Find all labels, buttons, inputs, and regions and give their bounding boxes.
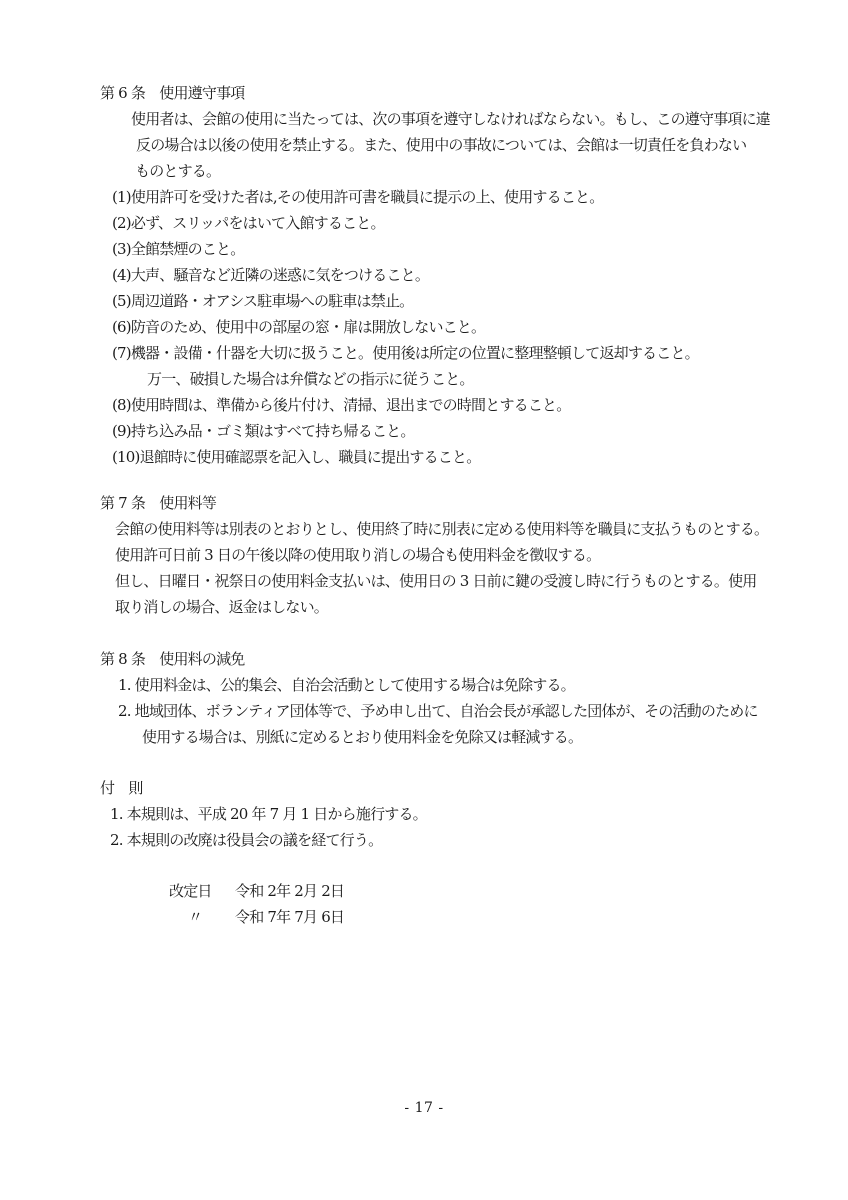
section-revision-dates: 改定日 令和 2年 2月 2日 〃 令和 7年 7月 6日: [100, 878, 780, 930]
section-article-7: 第 7 条 使用料等 会館の使用料等は別表のとおりとし、使用終了時に別表に定める…: [100, 490, 780, 620]
article-6-heading: 第 6 条 使用遵守事項: [100, 80, 780, 106]
list-item: 2. 地域団体、ボランティア団体等で、予め申し出て、自治会長が承認した団体が、そ…: [118, 698, 780, 724]
section-article-6: 第 6 条 使用遵守事項 使用者は、会館の使用に当たっては、次の事項を遵守しなけ…: [100, 80, 780, 470]
list-item: (8)使用時間は、準備から後片付け、清掃、退出までの時間とすること。: [112, 392, 780, 418]
revision-row: 改定日 令和 2年 2月 2日: [169, 878, 780, 904]
list-item: (10)退館時に使用確認票を記入し、職員に提出すること。: [112, 444, 780, 470]
list-item: 2. 本規則の改廃は役員会の議を経て行う。: [110, 827, 780, 853]
list-item: (2)必ず、スリッパをはいて入館すること。: [112, 210, 780, 236]
section-article-8: 第 8 条 使用料の減免 1. 使用料金は、公的集会、自治会活動として使用する場…: [100, 646, 780, 750]
list-item-note: 万一、破損した場合は弁償などの指示に従うこと。: [147, 366, 780, 392]
text-line: 但し、日曜日・祝祭日の使用料金支払いは、使用日の 3 日前に鍵の受渡し時に行うも…: [115, 568, 780, 594]
supplementary-heading: 付 則: [100, 775, 780, 801]
text-line: 反の場合は以後の使用を禁止する。また、使用中の事故については、会館は一切責任を負…: [136, 132, 780, 158]
revision-date: 令和 7年 7月 6日: [235, 904, 344, 930]
article-7-heading: 第 7 条 使用料等: [100, 490, 780, 516]
revision-label: 改定日: [169, 878, 235, 904]
section-supplementary-provisions: 付 則 1. 本規則は、平成 20 年 7 月 1 日から施行する。 2. 本規…: [100, 775, 780, 853]
document-page: 第 6 条 使用遵守事項 使用者は、会館の使用に当たっては、次の事項を遵守しなけ…: [0, 0, 848, 1200]
ditto-mark: 〃: [169, 904, 235, 930]
list-item: (6)防音のため、使用中の部屋の窓・扉は開放しないこと。: [112, 314, 780, 340]
text-line: ものとする。: [135, 158, 780, 184]
list-item: 1. 本規則は、平成 20 年 7 月 1 日から施行する。: [110, 801, 780, 827]
text-line: 会館の使用料等は別表のとおりとし、使用終了時に別表に定める使用料等を職員に支払う…: [115, 516, 780, 542]
list-item-continuation: 使用する場合は、別紙に定めるとおり使用料金を免除又は軽減する。: [142, 724, 780, 750]
text-line: 使用者は、会館の使用に当たっては、次の事項を遵守しなければならない。もし、この遵…: [131, 106, 780, 132]
list-item: (5)周辺道路・オアシス駐車場への駐車は禁止。: [112, 288, 780, 314]
text-line: 使用許可日前 3 日の午後以降の使用取り消しの場合も使用料金を徴収する。: [115, 542, 780, 568]
article-8-heading: 第 8 条 使用料の減免: [100, 646, 780, 672]
document-content: 第 6 条 使用遵守事項 使用者は、会館の使用に当たっては、次の事項を遵守しなけ…: [100, 80, 780, 930]
list-item: (3)全館禁煙のこと。: [112, 236, 780, 262]
revision-date: 令和 2年 2月 2日: [235, 878, 344, 904]
revision-row: 〃 令和 7年 7月 6日: [169, 904, 780, 930]
text-line: 取り消しの場合、返金はしない。: [115, 594, 780, 620]
list-item: (9)持ち込み品・ゴミ類はすべて持ち帰ること。: [112, 418, 780, 444]
list-item: 1. 使用料金は、公的集会、自治会活動として使用する場合は免除する。: [118, 672, 780, 698]
list-item: (4)大声、騒音など近隣の迷惑に気をつけること。: [112, 262, 780, 288]
list-item: (1)使用許可を受けた者は,その使用許可書を職員に提示の上、使用すること。: [112, 184, 780, 210]
list-item: (7)機器・設備・什器を大切に扱うこと。使用後は所定の位置に整理整頓して返却する…: [112, 340, 780, 366]
page-number: - 17 -: [0, 1100, 848, 1116]
